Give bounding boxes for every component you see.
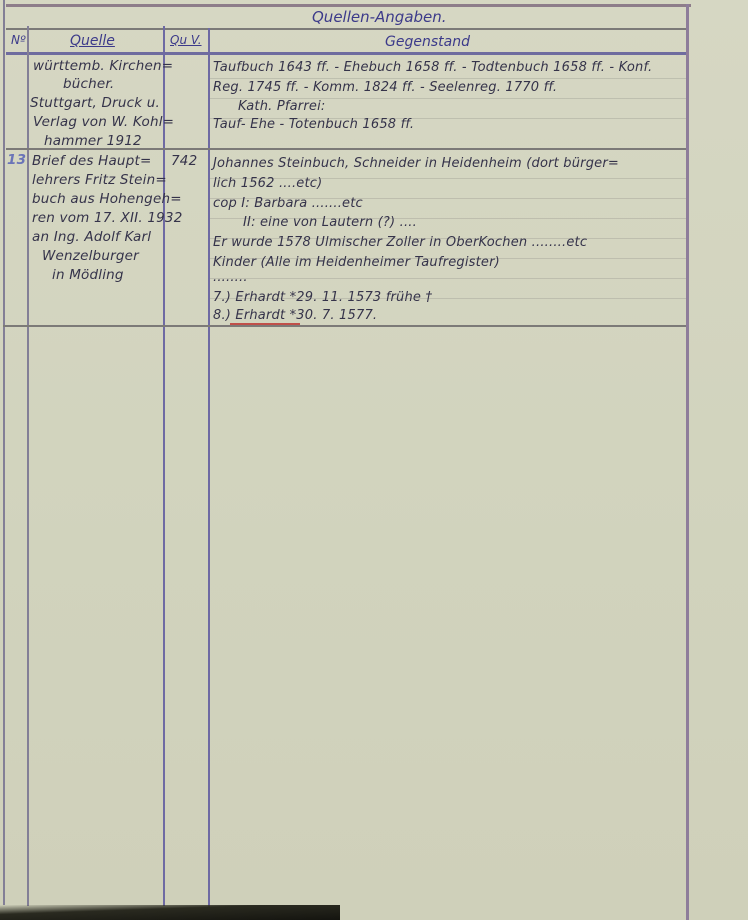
gegenstand-line: 7.) Erhardt *29. 11. 1573 frühe † [213, 290, 432, 305]
col-header-gegenstand: Gegenstand [385, 34, 470, 50]
quelle-line: in Mödling [52, 267, 124, 283]
col-header-quelle: Quelle [70, 33, 115, 49]
header-bottom-line [6, 52, 686, 55]
quelle-line: lehrers Fritz Stein= [32, 172, 167, 188]
gegenstand-line: Tauf- Ehe - Totenbuch 1658 ff. [213, 117, 414, 132]
gegenstand-line: lich 1562 ....etc) [213, 176, 322, 191]
gegenstand-line: Kath. Pfarrei: [238, 99, 326, 114]
ruled-line [210, 278, 686, 279]
gegenstand-line: II: eine von Lautern (?) .... [243, 215, 417, 230]
entry-number: 13 [7, 152, 26, 168]
frame-top-border [6, 4, 691, 7]
quelle-line: ren vom 17. XII. 1932 [32, 210, 183, 226]
gegenstand-line: 8.) Erhardt *30. 7. 1577. [213, 308, 377, 323]
ruled-line [210, 78, 686, 79]
row-divider [3, 325, 686, 327]
gegenstand-line: ........ [213, 270, 248, 285]
quelle-line: hammer 1912 [44, 133, 142, 149]
header-top-line [6, 28, 686, 30]
gegenstand-line: Taufbuch 1643 ff. - Ehebuch 1658 ff. - T… [213, 60, 652, 75]
page-title: Quellen-Angaben. [312, 8, 447, 26]
gegenstand-line: Er wurde 1578 Ulmischer Zoller in OberKo… [213, 235, 587, 250]
col-divider-nr [27, 26, 29, 906]
col-divider-quelle [163, 26, 165, 906]
col-header-nr: Nº [11, 33, 26, 47]
quelle-line: bücher. [63, 76, 114, 92]
quelle-line: Brief des Haupt= [32, 153, 151, 169]
frame-right-border [686, 4, 689, 920]
col-divider-quv [208, 28, 210, 908]
col-header-quv: Qu V. [170, 33, 202, 47]
gegenstand-line: cop I: Barbara .......etc [213, 196, 363, 211]
frame-left-border [3, 0, 5, 905]
gegenstand-line: Reg. 1745 ff. - Komm. 1824 ff. - Seelenr… [213, 80, 557, 95]
ledger-page: Quellen-Angaben. Nº Quelle Qu V. Gegenst… [0, 0, 748, 920]
quelle-line: Verlag von W. Kohl= [33, 114, 174, 130]
quelle-line: Wenzelburger [42, 248, 139, 264]
row-divider [6, 148, 686, 150]
gegenstand-line: Kinder (Alle im Heidenheimer Taufregiste… [213, 255, 500, 270]
quelle-line: buch aus Hohengeh= [32, 191, 182, 207]
quelle-line: württemb. Kirchen= [33, 58, 173, 74]
scan-edge-shadow [0, 905, 340, 920]
quelle-line: an Ing. Adolf Karl [32, 229, 151, 245]
gegenstand-line: Johannes Steinbuch, Schneider in Heidenh… [213, 156, 619, 171]
quelle-line: Stuttgart, Druck u. [30, 95, 160, 111]
quv-value: 742 [171, 153, 197, 169]
